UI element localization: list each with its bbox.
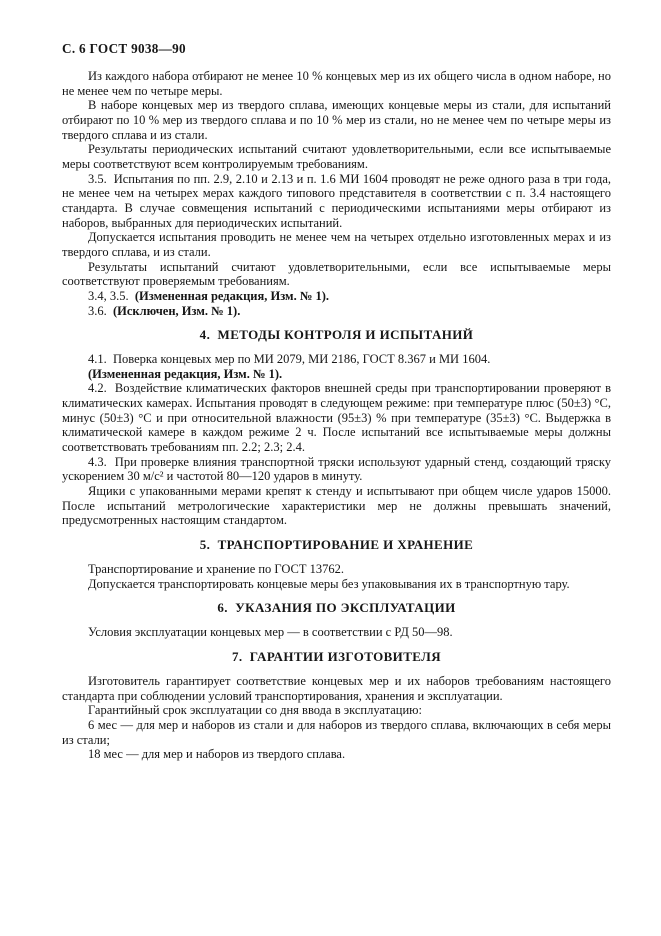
amendment-prefix: 3.4, 3.5. bbox=[88, 289, 135, 303]
paragraph: 18 мес — для мер и наборов из твердого с… bbox=[62, 747, 611, 762]
paragraph: 4.3. При проверке влияния транспортной т… bbox=[62, 455, 611, 484]
paragraph: Результаты периодических испытаний счита… bbox=[62, 142, 611, 171]
paragraph: Изготовитель гарантирует соответствие ко… bbox=[62, 674, 611, 703]
paragraph: 6 мес — для мер и наборов из стали и для… bbox=[62, 718, 611, 747]
amendment-prefix: 3.6. bbox=[88, 304, 113, 318]
amendment-line: (Измененная редакция, Изм. № 1). bbox=[62, 367, 611, 382]
paragraph: В наборе концевых мер из твердого сплава… bbox=[62, 98, 611, 142]
paragraph: Гарантийный срок эксплуатации со дня вво… bbox=[62, 703, 611, 718]
paragraph: 4.1. Поверка концевых мер по МИ 2079, МИ… bbox=[62, 352, 611, 367]
paragraph: Результаты испытаний считают удовлетвори… bbox=[62, 260, 611, 289]
amendment-bold-text: (Исключен, Изм. № 1). bbox=[113, 304, 240, 318]
paragraph: Транспортирование и хранение по ГОСТ 137… bbox=[62, 562, 611, 577]
paragraph: 3.5. Испытания по пп. 2.9, 2.10 и 2.13 и… bbox=[62, 172, 611, 231]
document-content: Из каждого набора отбирают не менее 10 %… bbox=[62, 69, 611, 762]
section-heading: 5. ТРАНСПОРТИРОВАНИЕ И ХРАНЕНИЕ bbox=[62, 537, 611, 552]
paragraph: Допускается испытания проводить не менее… bbox=[62, 230, 611, 259]
amendment-bold-text: (Измененная редакция, Изм. № 1). bbox=[88, 367, 282, 381]
section-heading: 6. УКАЗАНИЯ ПО ЭКСПЛУАТАЦИИ bbox=[62, 600, 611, 615]
document-page: С. 6 ГОСТ 9038—90 Из каждого набора отби… bbox=[0, 0, 661, 936]
paragraph: 4.2. Воздействие климатических факторов … bbox=[62, 381, 611, 454]
paragraph: Ящики с упакованными мерами крепят к сте… bbox=[62, 484, 611, 528]
amendment-line: 3.6. (Исключен, Изм. № 1). bbox=[62, 304, 611, 319]
section-heading: 4. МЕТОДЫ КОНТРОЛЯ И ИСПЫТАНИЙ bbox=[62, 327, 611, 342]
amendment-line: 3.4, 3.5. (Измененная редакция, Изм. № 1… bbox=[62, 289, 611, 304]
page-header: С. 6 ГОСТ 9038—90 bbox=[62, 41, 611, 56]
amendment-bold-text: (Измененная редакция, Изм. № 1). bbox=[135, 289, 329, 303]
paragraph: Из каждого набора отбирают не менее 10 %… bbox=[62, 69, 611, 98]
paragraph: Условия эксплуатации концевых мер — в со… bbox=[62, 625, 611, 640]
paragraph: Допускается транспортировать концевые ме… bbox=[62, 577, 611, 592]
section-heading: 7. ГАРАНТИИ ИЗГОТОВИТЕЛЯ bbox=[62, 649, 611, 664]
